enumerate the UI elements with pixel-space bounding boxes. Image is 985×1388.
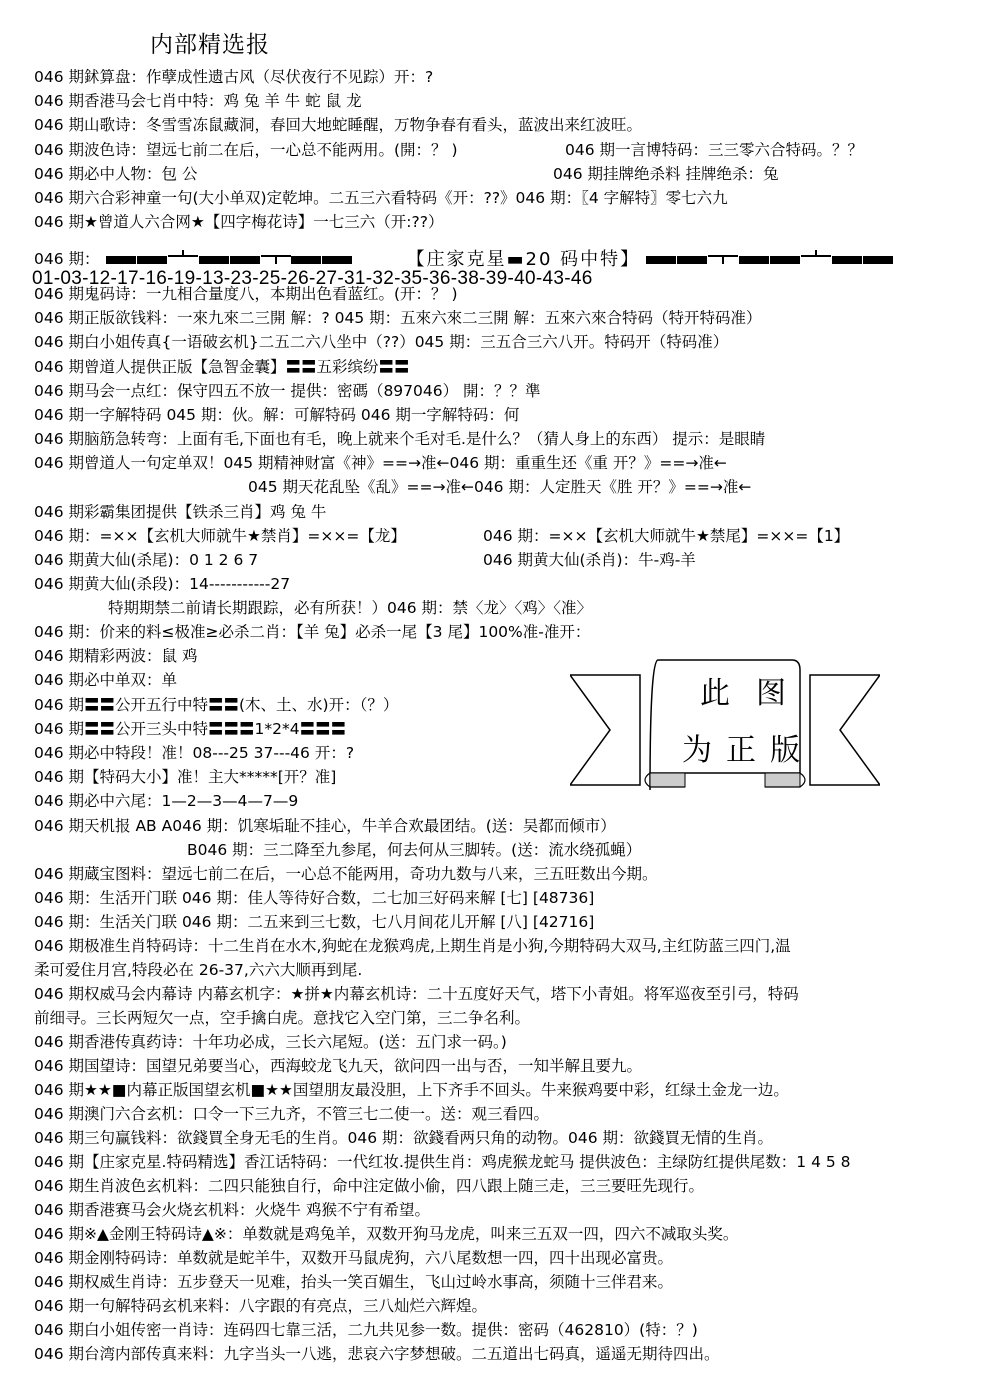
content-line: 045 期天花乱坠《乱》==→准←046 期：人定胜天《胜 开？》==→准← [248, 476, 751, 498]
content-line: 046 期【庄家克星.特码精选】香江话特码：一代红妆.提供生肖：鸡虎猴龙蛇马 提… [34, 1151, 851, 1173]
content-line: 前细寻。三长两短欠一点，空手擒白虎。意找它入空门第，三二争名利。 [34, 1007, 530, 1029]
banner-text-line1: 此图 [700, 668, 812, 712]
content-line: 046 期※▲金刚王特码诗▲※：单数就是鸡兔羊，双数开狗马龙虎，叫来三五双一四，… [34, 1223, 738, 1245]
content-line: 046 期生肖波色玄机料：二四只能独自行，命中注定做小偷，四八跟上随三走，三三要… [34, 1175, 704, 1197]
content-line: 046 期〓〓公开五行中特〓〓(木、土、水)开：（？） [34, 694, 398, 716]
content-line: 046 期权威生肖诗：五步登天一见难，抬头一笑百媚生，飞山过岭水事高，须随十三伴… [34, 1271, 673, 1293]
content-line: 046 期台湾内部传真来料：九字当头一八逃，悲哀六字梦想破。二五道出七码真，遥遥… [34, 1343, 720, 1365]
content-line: 046 期白小姐传密一肖诗：连码四七靠三活，二九共见参一数。提供：密码（4628… [34, 1319, 698, 1341]
content-line: 046 期曾道人一句定单双！045 期精神财富《神》==→准←046 期：重重生… [34, 452, 727, 474]
zhuangjia-prefix: 046 期： [34, 247, 100, 269]
decorative-bar-right-icon [646, 248, 896, 268]
content-line: 046 期国望诗：国望兄弟要当心，西海蛟龙飞九天，欲问四一出与否，一知半解且要九… [34, 1055, 642, 1077]
content-line: 046 期马会一点红：保守四五不放一 提供：密碼（897046） 開：？？準 [34, 380, 541, 402]
content-line: 046 期：价来的料≤极准≥必杀二肖：【羊 兔】必杀一尾【3 尾】100%准-准… [34, 621, 590, 643]
content-line: 046 期一字解特码 045 期：伙。解：可解特码 046 期一字解特码：何 [34, 404, 519, 426]
content-line: 046 期脑筋急转弯：上面有毛,下面也有毛，晚上就来个毛对毛.是什么？（猜人身上… [34, 428, 765, 450]
content-line: 046 期波色诗：望远七前二在后，一心总不能两用。(開：？ ) [34, 139, 458, 161]
banner-text-line2: 为正版 [682, 725, 814, 769]
content-line: 046 期黄大仙(杀段)：14-----------27 [34, 573, 290, 595]
content-line: 046 期香港传真药诗：十年功必成，三长六尾短。(送：五门求一码。) [34, 1031, 507, 1053]
decorative-bar-left2-icon [291, 248, 401, 268]
content-line: 046 期澳门六合玄机：口令一下三九齐，不管三七二使一。送：观三看四。 [34, 1103, 549, 1125]
content-line: 046 期：=××【玄机大师就牛★禁尾】=××=【1】 [483, 525, 849, 547]
content-line: 046 期极准生肖特码诗：十二生肖在水木,狗蛇在龙猴鸡虎,上期生肖是小狗,今期特… [34, 935, 791, 957]
content-line: 046 期黄大仙(杀尾)：0 1 2 6 7 [34, 549, 258, 571]
zhuangjia-numbers: 01-03-12-17-16-19-13-23-25-26-27-31-32-3… [32, 268, 593, 290]
content-line: 046 期白小姐传真{一语破玄机}二五二六八坐中（??）045 期：三五合三六八… [34, 331, 728, 353]
content-line: 046 期一句解特码玄机来料：八字跟的有亮点，三八灿烂六辉煌。 [34, 1295, 487, 1317]
content-line: 046 期必中特段！准！08---25 37---46 开：? [34, 742, 354, 764]
content-line: 046 期〓〓公开三头中特〓〓〓1*2*4〓〓〓 [34, 718, 346, 740]
content-line: 046 期必中单双：单 [34, 669, 177, 691]
content-line: 柔可爱住月宫,特段必在 26-37,六六大顺再到尾. [34, 959, 362, 981]
content-line: 046 期彩霸集团提供【铁杀三肖】鸡 兔 牛 [34, 501, 326, 523]
content-line: 046 期一言博特码：三三零六合特码。？？ [565, 139, 863, 161]
content-line: 046 期必中六尾：1—2—3—4—7—9 [34, 790, 298, 812]
content-line: 046 期天机报 AB A046 期：饥寒垢耻不挂心，牛羊合欢最团结。(送：吴都… [34, 815, 616, 837]
content-line: 046 期必中人物：包 公 [34, 163, 197, 185]
content-line: 046 期金刚特码诗：单数就是蛇羊牛，双数开马鼠虎狗，六八尾数想一四，四十出现必… [34, 1247, 673, 1269]
content-line: 046 期权威马会内幕诗 内幕玄机字：★拼★内幕玄机诗：二十五度好天气，塔下小青… [34, 983, 799, 1005]
content-line: 046 期正版欲钱料：一來九來二三開 解：? 045 期：五來六來二三開 解：五… [34, 307, 762, 329]
content-line: 046 期山歌诗：冬雪雪冻鼠藏洞，春回大地蛇睡醒，万物争春有看头，蓝波出来红波旺… [34, 114, 642, 136]
content-line: 046 期黄大仙(杀肖)：牛-鸡-羊 [483, 549, 696, 571]
content-line: 046 期香港马会七肖中特：鸡 兔 羊 牛 蛇 鼠 龙 [34, 90, 362, 112]
content-line: B046 期：三二降至九参尾，何去何从三脚转。(送：流水绕孤蝇） [187, 839, 641, 861]
content-line: 046 期蔵宝图料：望远七前二在后，一心总不能两用，奇功九数与八来，三五旺数出今… [34, 863, 658, 885]
decorative-bar-left-icon [106, 248, 291, 268]
content-line: 046 期三句赢钱料：欲錢買全身无毛的生肖。046 期：欲錢看两只角的动物。04… [34, 1127, 773, 1149]
content-line: 046 期：生活关门联 046 期：二五来到三七数，七八月间花儿开解 [八] [… [34, 911, 594, 933]
content-line: 046 期：生活开门联 046 期：佳人等待好合数，二七加三好码来解 [七] [… [34, 887, 594, 909]
content-line: 046 期精彩两波：鼠 鸡 [34, 645, 197, 667]
page-title: 内部精选报 [150, 26, 270, 59]
content-line: 特期期禁二前请长期跟踪，必有所获！）046 期：禁〈龙〉〈鸡〉〈准〉 [108, 597, 592, 619]
content-line: 046 期鉥算盘：作孽成性遗古风（尽伏夜行不见踪）开：? [34, 66, 433, 88]
content-line: 046 期六合彩神童一句(大小单双)定乾坤。二五三六看特码《开：??》046 期… [34, 187, 728, 209]
content-line: 046 期挂牌绝杀料 挂牌绝杀：兔 [553, 163, 778, 185]
content-line: 046 期★曾道人六合网★【四字梅花诗】一七三六（开:??） [34, 211, 443, 233]
content-line: 046 期香港赛马会火烧玄机料：火烧牛 鸡猴不宁有希望。 [34, 1199, 430, 1221]
content-line: 046 期★★■内幕正版国望玄机■★★国望朋友最没胆，上下齐手不回头。牛来猴鸡要… [34, 1079, 789, 1101]
content-line: 046 期：=××【玄机大师就牛★禁肖】=××=【龙】 [34, 525, 406, 547]
content-line: 046 期【特码大小】准！主大*****[开？准] [34, 766, 336, 788]
content-line: 046 期曾道人提供正版【急智金囊】〓〓五彩缤纷〓〓 [34, 356, 410, 378]
